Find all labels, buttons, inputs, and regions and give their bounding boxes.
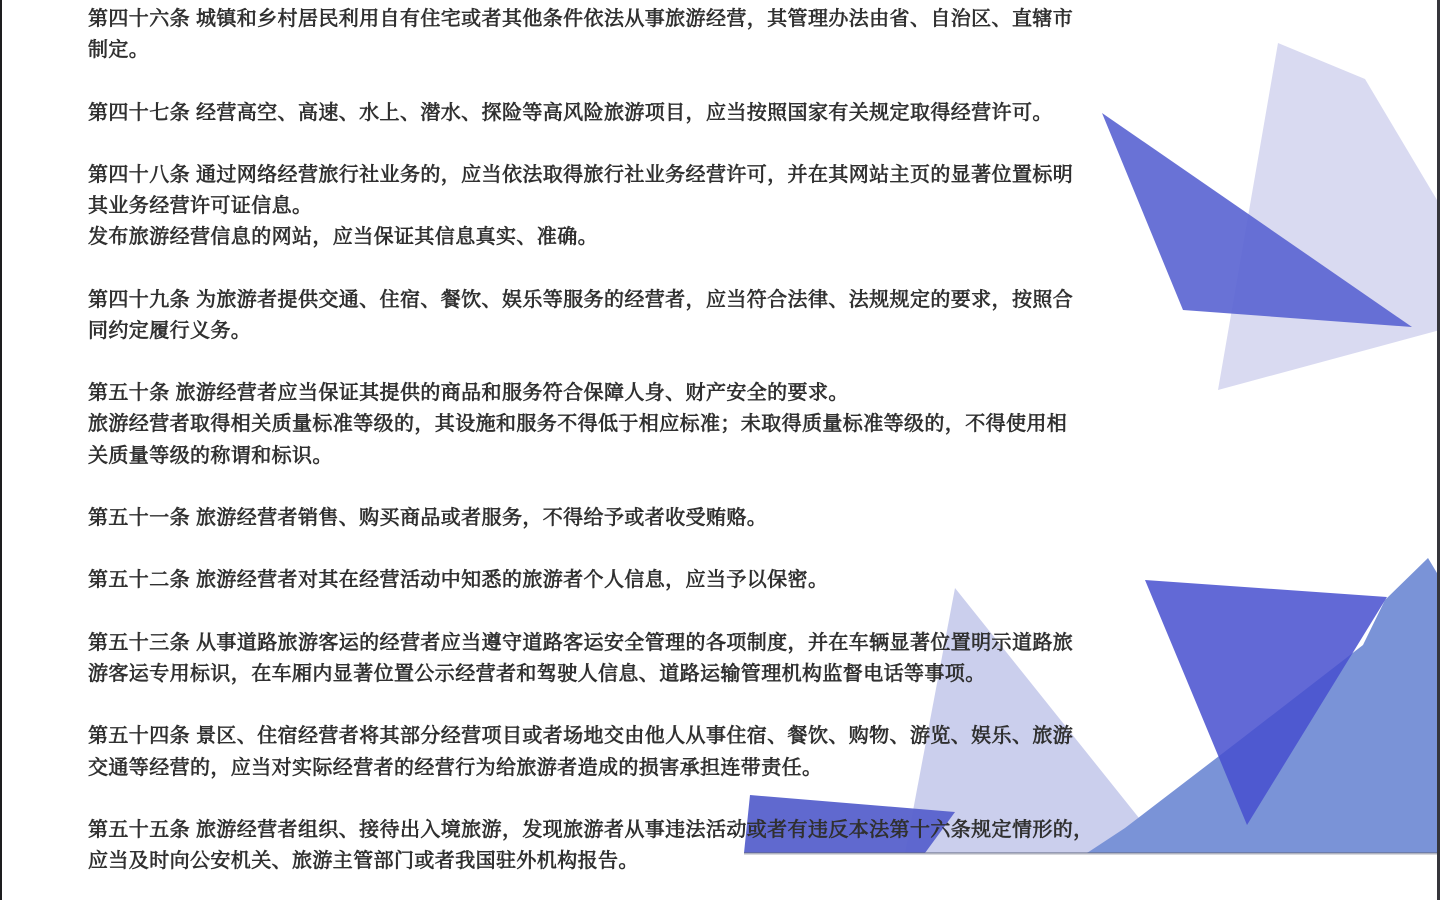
text-line: 旅游经营者取得相关质量标准等级的，其设施和服务不得低于相应标准；未取得质量标准等… <box>88 409 1092 440</box>
article-48: 第四十八条 通过网络经营旅行社业务的，应当依法取得旅行社业务经营许可，并在其网站… <box>88 160 1092 254</box>
article-53: 第五十三条 从事道路旅游客运的经营者应当遵守道路客运安全管理的各项制度，并在车辆… <box>88 628 1092 690</box>
text-line: 其业务经营许可证信息。 <box>88 191 1092 222</box>
article-54: 第五十四条 景区、住宿经营者将其部分经营项目或者场地交由他人从事住宿、餐饮、购物… <box>88 721 1092 783</box>
text-line: 第五十五条 旅游经营者组织、接待出入境旅游，发现旅游者从事违法活动或者有违反本法… <box>88 815 1092 846</box>
article-49: 第四十九条 为旅游者提供交通、住宿、餐饮、娱乐等服务的经营者，应当符合法律、法规… <box>88 285 1092 347</box>
text-line: 同约定履行义务。 <box>88 316 1092 347</box>
video-slide: 第四十六条 城镇和乡村居民利用自有住宅或者其他条件依法从事旅游经营，其管理办法由… <box>0 0 1440 900</box>
text-line: 第四十八条 通过网络经营旅行社业务的，应当依法取得旅行社业务经营许可，并在其网站… <box>88 160 1092 191</box>
text-line: 第五十四条 景区、住宿经营者将其部分经营项目或者场地交由他人从事住宿、餐饮、购物… <box>88 721 1092 752</box>
article-46: 第四十六条 城镇和乡村居民利用自有住宅或者其他条件依法从事旅游经营，其管理办法由… <box>88 4 1092 66</box>
article-52: 第五十二条 旅游经营者对其在经营活动中知悉的旅游者个人信息，应当予以保密。 <box>88 565 1092 596</box>
text-line: 发布旅游经营信息的网站，应当保证其信息真实、准确。 <box>88 222 1092 253</box>
article-55: 第五十五条 旅游经营者组织、接待出入境旅游，发现旅游者从事违法活动或者有违反本法… <box>88 815 1092 877</box>
text-line: 游客运专用标识，在车厢内显著位置公示经营者和驾驶人信息、道路运输管理机构监督电话… <box>88 659 1092 690</box>
text-line: 制定。 <box>88 35 1092 66</box>
text-line: 第四十七条 经营高空、高速、水上、潜水、探险等高风险旅游项目，应当按照国家有关规… <box>88 98 1092 129</box>
text-line: 第五十二条 旅游经营者对其在经营活动中知悉的旅游者个人信息，应当予以保密。 <box>88 565 1092 596</box>
text-line: 应当及时向公安机关、旅游主管部门或者我国驻外机构报告。 <box>88 846 1092 877</box>
text-line: 第五十三条 从事道路旅游客运的经营者应当遵守道路客运安全管理的各项制度，并在车辆… <box>88 628 1092 659</box>
text-line: 第五十条 旅游经营者应当保证其提供的商品和服务符合保障人身、财产安全的要求。 <box>88 378 1092 409</box>
text-line: 第四十九条 为旅游者提供交通、住宿、餐饮、娱乐等服务的经营者，应当符合法律、法规… <box>88 285 1092 316</box>
article-47: 第四十七条 经营高空、高速、水上、潜水、探险等高风险旅游项目，应当按照国家有关规… <box>88 98 1092 129</box>
text-line: 第四十六条 城镇和乡村居民利用自有住宅或者其他条件依法从事旅游经营，其管理办法由… <box>88 4 1092 35</box>
article-51: 第五十一条 旅游经营者销售、购买商品或者服务，不得给予或者收受贿赂。 <box>88 503 1092 534</box>
text-line: 第五十一条 旅游经营者销售、购买商品或者服务，不得给予或者收受贿赂。 <box>88 503 1092 534</box>
frame-left-edge <box>0 0 2 900</box>
text-line: 交通等经营的，应当对实际经营者的经营行为给旅游者造成的损害承担连带责任。 <box>88 753 1092 784</box>
law-text-body: 第四十六条 城镇和乡村居民利用自有住宅或者其他条件依法从事旅游经营，其管理办法由… <box>88 4 1092 877</box>
article-50: 第五十条 旅游经营者应当保证其提供的商品和服务符合保障人身、财产安全的要求。旅游… <box>88 378 1092 472</box>
text-line: 关质量等级的称谓和标识。 <box>88 441 1092 472</box>
